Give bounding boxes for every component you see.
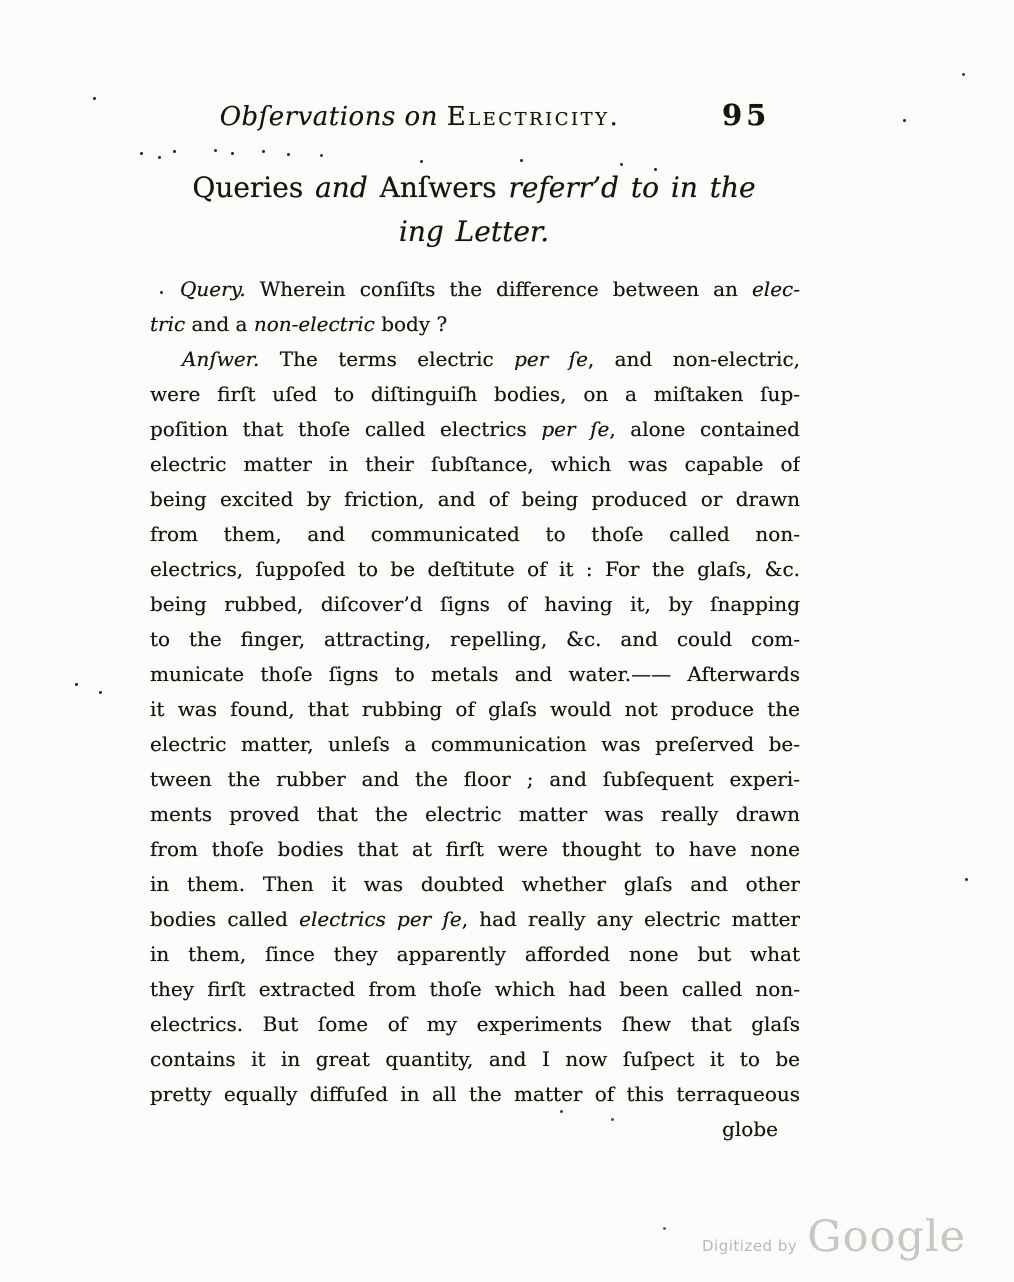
scan-noise-specks	[0, 0, 3, 3]
text-line: ing Letter.	[148, 210, 800, 254]
text-line: in them. Then it was doubted whether gla…	[150, 867, 800, 902]
text-line: in them, ſince they apparently afforded …	[150, 937, 800, 972]
body-text: Query. Wherein conſiſts the difference b…	[150, 272, 800, 1147]
text-line: electrics. But ſome of my experiments ſh…	[150, 1007, 800, 1042]
running-title-italic: Obſervations on	[220, 102, 447, 132]
text-line: from them, and communicated to thoſe cal…	[150, 517, 800, 552]
text-line: it was found, that rubbing of glaſs woul…	[150, 692, 800, 727]
text-line: electric matter in their ſubſtance, whic…	[150, 447, 800, 482]
digitized-by-label: Digitized by	[702, 1237, 797, 1255]
text-line: tric and a non-electric body ?	[150, 307, 800, 342]
text-line: contains it in great quantity, and I now…	[150, 1042, 800, 1077]
text-line: Queries and Anſwers referr’d to in the f…	[148, 166, 800, 210]
text-line: they firſt extracted from thoſe which ha…	[150, 972, 800, 1007]
text-line: electrics, ſuppoſed to be deſtitute of i…	[150, 552, 800, 587]
google-watermark: Digitized by Google	[702, 1212, 966, 1262]
google-logo: Google	[807, 1212, 966, 1262]
text-line: being rubbed, diſcover’d ſigns of having…	[150, 587, 800, 622]
text-line: Anſwer. The terms electric per ſe, and n…	[150, 342, 800, 377]
text-line: globe	[150, 1112, 800, 1147]
text-line: poſition that thoſe called electrics per…	[150, 412, 800, 447]
text-line: to the finger, attracting, repelling, &c…	[150, 622, 800, 657]
text-line: tween the rubber and the floor ; and ſub…	[150, 762, 800, 797]
running-title: Obſervations on Electricity.	[150, 102, 800, 132]
running-header: Obſervations on Electricity. 95	[150, 102, 800, 142]
text-line: pretty equally diffuſed in all the matte…	[150, 1077, 800, 1112]
book-page-scan: Obſervations on Electricity. 95 Queries …	[0, 0, 1014, 1282]
text-line: from thoſe bodies that at firſt were tho…	[150, 832, 800, 867]
text-line: were firſt uſed to diſtinguiſh bodies, o…	[150, 377, 800, 412]
text-line: electric matter, unleſs a communication …	[150, 727, 800, 762]
page-number: 95	[722, 98, 770, 132]
running-title-caps: Electricity.	[447, 102, 621, 132]
text-line: being excited by friction, and of being …	[150, 482, 800, 517]
text-line: bodies called electrics per ſe, had real…	[150, 902, 800, 937]
text-line: municate thoſe ſigns to metals and water…	[150, 657, 800, 692]
text-line: ments proved that the electric matter wa…	[150, 797, 800, 832]
section-heading: Queries and Anſwers referr’d to in the f…	[148, 166, 800, 254]
text-line: Query. Wherein conſiſts the difference b…	[150, 272, 800, 307]
